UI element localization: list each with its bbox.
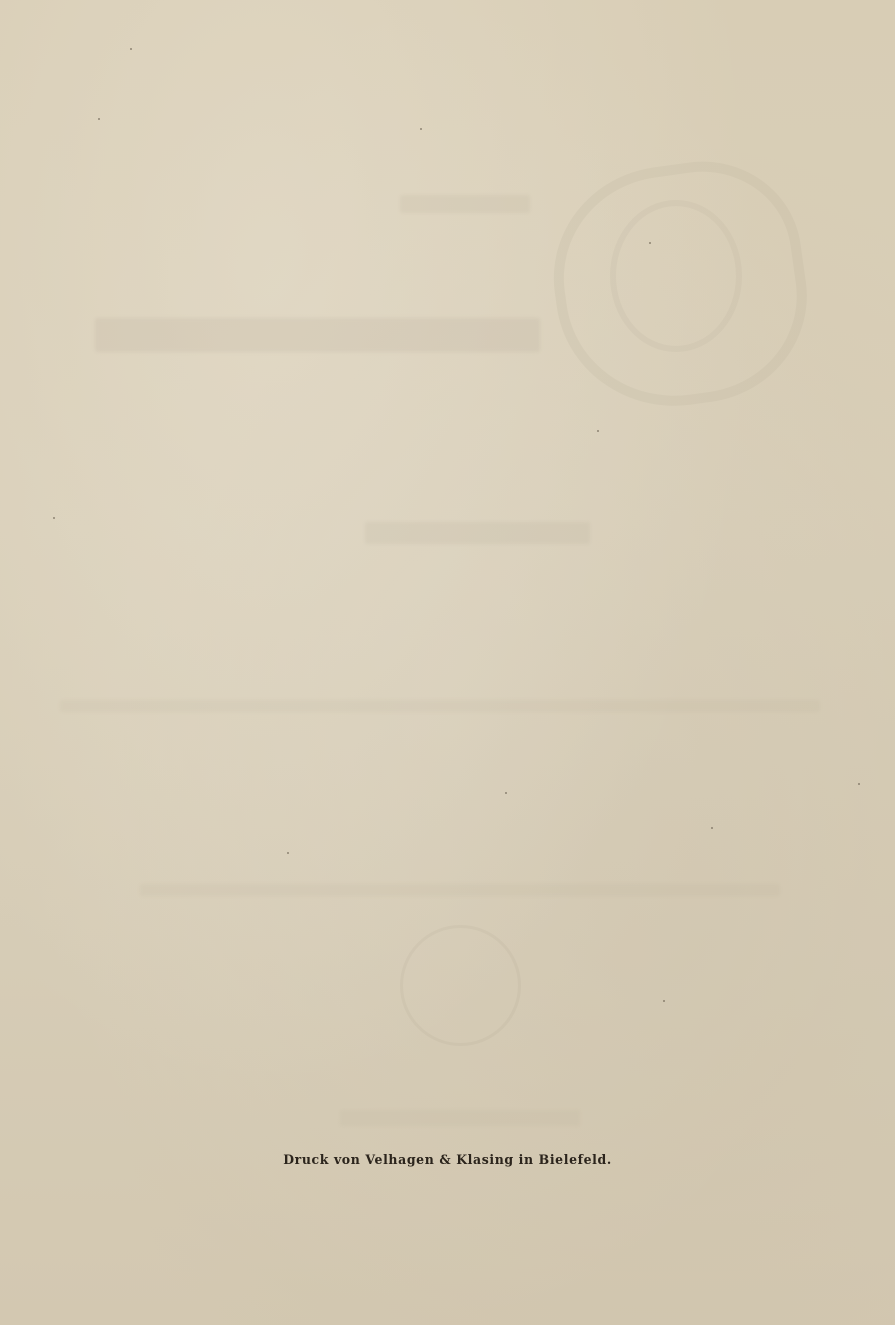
book-page: Druck von Velhagen & Klasing in Bielefel… bbox=[0, 0, 895, 1325]
show-through-line bbox=[400, 195, 530, 213]
paper-speck bbox=[130, 48, 132, 50]
show-through-publisher-emblem bbox=[400, 925, 521, 1046]
paper-speck bbox=[420, 128, 422, 130]
paper-speck bbox=[649, 242, 651, 244]
show-through-line bbox=[340, 1110, 580, 1126]
paper-speck bbox=[663, 1000, 665, 1002]
paper-speck bbox=[597, 430, 599, 432]
paper-speck bbox=[711, 827, 713, 829]
show-through-initial-ornament bbox=[610, 200, 742, 352]
show-through-line bbox=[365, 522, 590, 544]
show-through-line bbox=[140, 884, 780, 896]
show-through-initial-letter bbox=[540, 149, 821, 421]
printer-imprint: Druck von Velhagen & Klasing in Bielefel… bbox=[0, 1152, 895, 1167]
show-through-line bbox=[95, 318, 540, 352]
paper-speck bbox=[53, 517, 55, 519]
paper-speck bbox=[858, 783, 860, 785]
paper-speck bbox=[98, 118, 100, 120]
show-through-line bbox=[60, 700, 820, 712]
printer-imprint-text: Druck von Velhagen & Klasing in Bielefel… bbox=[283, 1152, 612, 1168]
paper-speck bbox=[287, 852, 289, 854]
paper-speck bbox=[505, 792, 507, 794]
